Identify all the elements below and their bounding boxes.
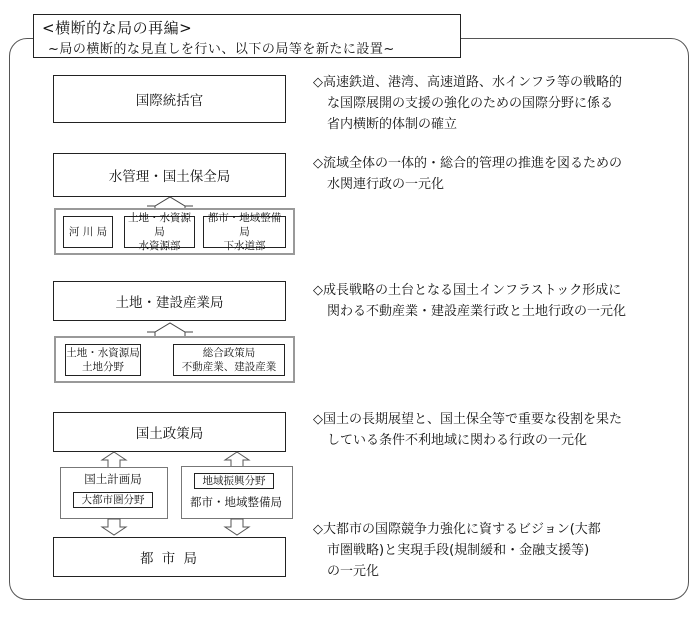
box-land-construction-bureau: 土地・建設産業局 — [53, 281, 286, 321]
source-box-policy-bureau: 総合政策局 不動産業、建設産業 — [173, 344, 285, 376]
description-city: ◇大都市の国際競争力強化に資するビジョン(大都 市圏戦略)と実現手段(規制緩和・… — [313, 519, 673, 582]
bureau-label: 水管理・国土保全局 — [109, 165, 231, 185]
title-main: <横断的な局の再編> — [42, 17, 192, 38]
description-water: ◇流域全体の一体的・総合的管理の推進を図るための 水関連行政の一元化 — [313, 153, 673, 195]
title-subtitle: ~局の横断的な見直しを行い、以下の局等を新たに設置~ — [48, 38, 395, 57]
box-national-policy-bureau: 国土政策局 — [53, 412, 286, 452]
bureau-label: 国際統括官 — [136, 89, 204, 109]
merge-arrow-icon — [147, 322, 193, 336]
bureau-label: 国土政策局 — [136, 422, 204, 442]
description-international: ◇高速鉄道、港湾、高速道路、水インフラ等の戦略的 な国際展開の支援の強化のための… — [313, 72, 673, 135]
source-box-national-planning: 国土計画局 大都市圏分野 — [60, 467, 168, 519]
down-arrow-icon — [225, 519, 249, 535]
description-national-policy: ◇国土の長期展望と、国土保全等で重要な役割を果た している条件不利地域に関わる行… — [313, 409, 673, 451]
bureau-label: 都 市 局 — [140, 547, 199, 567]
box-international-director: 国際統括官 — [53, 75, 286, 123]
source-box-land-water-resources: 土地・水資源局 水資源部 — [124, 216, 195, 248]
source-box-river-bureau: 河 川 局 — [63, 216, 113, 248]
source-box-city-regional: 地域振興分野 都市・地域整備局 — [181, 466, 293, 519]
bureau-label: 土地・建設産業局 — [116, 291, 224, 311]
box-city-bureau: 都 市 局 — [53, 537, 286, 577]
sub-box-regional-promotion: 地域振興分野 — [194, 473, 274, 489]
down-arrow-icon — [102, 519, 126, 535]
source-box-city-regional-sewerage: 都市・地域整備局 下水道部 — [203, 216, 286, 248]
description-land: ◇成長戦略の土台となる国土インフラストック形成に 関わる不動産業・建設産業行政と… — [313, 280, 673, 322]
box-water-management-bureau: 水管理・国土保全局 — [53, 153, 286, 197]
sub-box-metropolitan: 大都市圏分野 — [73, 492, 153, 508]
up-arrow-icon — [102, 452, 126, 468]
source-box-land-division: 土地・水資源局 土地分野 — [65, 344, 141, 376]
title-box: <横断的な局の再編> ~局の横断的な見直しを行い、以下の局等を新たに設置~ — [33, 14, 461, 58]
